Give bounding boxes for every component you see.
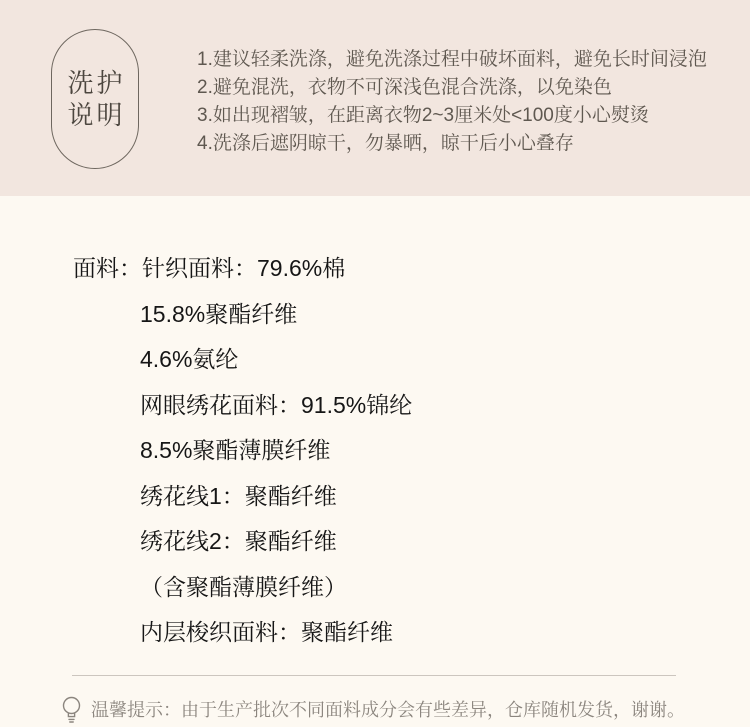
fabric-line: 内层梭织面料：聚酯纤维 [73, 610, 412, 656]
fabric-line: 15.8%聚酯纤维 [73, 292, 412, 338]
fabric-label: 面料： [73, 255, 142, 281]
care-badge-line2: 说明 [64, 99, 125, 131]
fabric-line: 绣花线1：聚酯纤维 [73, 474, 412, 520]
care-instruction-item: 3.如出现褶皱，在距离衣物2~3厘米处<100度小心熨烫 [197, 102, 707, 130]
care-instruction-item: 1.建议轻柔洗涤，避免洗涤过程中破坏面料，避免长时间浸泡 [197, 46, 707, 74]
fabric-line: 绣花线2：聚酯纤维 [73, 519, 412, 565]
fabric-composition-block: 面料：针织面料：79.6%棉 15.8%聚酯纤维 4.6%氨纶 网眼绣花面料：9… [73, 246, 412, 656]
fabric-line: 面料：针织面料：79.6%棉 [73, 246, 412, 292]
care-instruction-item: 4.洗涤后遮阴晾干，勿暴晒，晾干后小心叠存 [197, 130, 707, 158]
lightbulb-icon [61, 696, 82, 724]
warm-tip-text: 温馨提示：由于生产批次不同面料成分会有些差异，仓库随机发货，谢谢。 [91, 697, 685, 723]
warm-tip-row: 温馨提示：由于生产批次不同面料成分会有些差异，仓库随机发货，谢谢。 [61, 696, 685, 724]
fabric-line: （含聚酯薄膜纤维） [73, 565, 412, 611]
care-instruction-item: 2.避免混洗，衣物不可深浅色混合洗涤，以免染色 [197, 74, 707, 102]
care-badge: 洗护 说明 [51, 29, 139, 169]
fabric-value: 针织面料：79.6%棉 [142, 255, 345, 281]
care-instruction-list: 1.建议轻柔洗涤，避免洗涤过程中破坏面料，避免长时间浸泡 2.避免混洗，衣物不可… [197, 46, 707, 158]
care-instructions-banner: 洗护 说明 1.建议轻柔洗涤，避免洗涤过程中破坏面料，避免长时间浸泡 2.避免混… [0, 0, 750, 196]
care-badge-line1: 洗护 [64, 67, 125, 99]
fabric-line: 网眼绣花面料：91.5%锦纶 [73, 383, 412, 429]
fabric-line: 8.5%聚酯薄膜纤维 [73, 428, 412, 474]
fabric-line: 4.6%氨纶 [73, 337, 412, 383]
divider [72, 675, 676, 676]
